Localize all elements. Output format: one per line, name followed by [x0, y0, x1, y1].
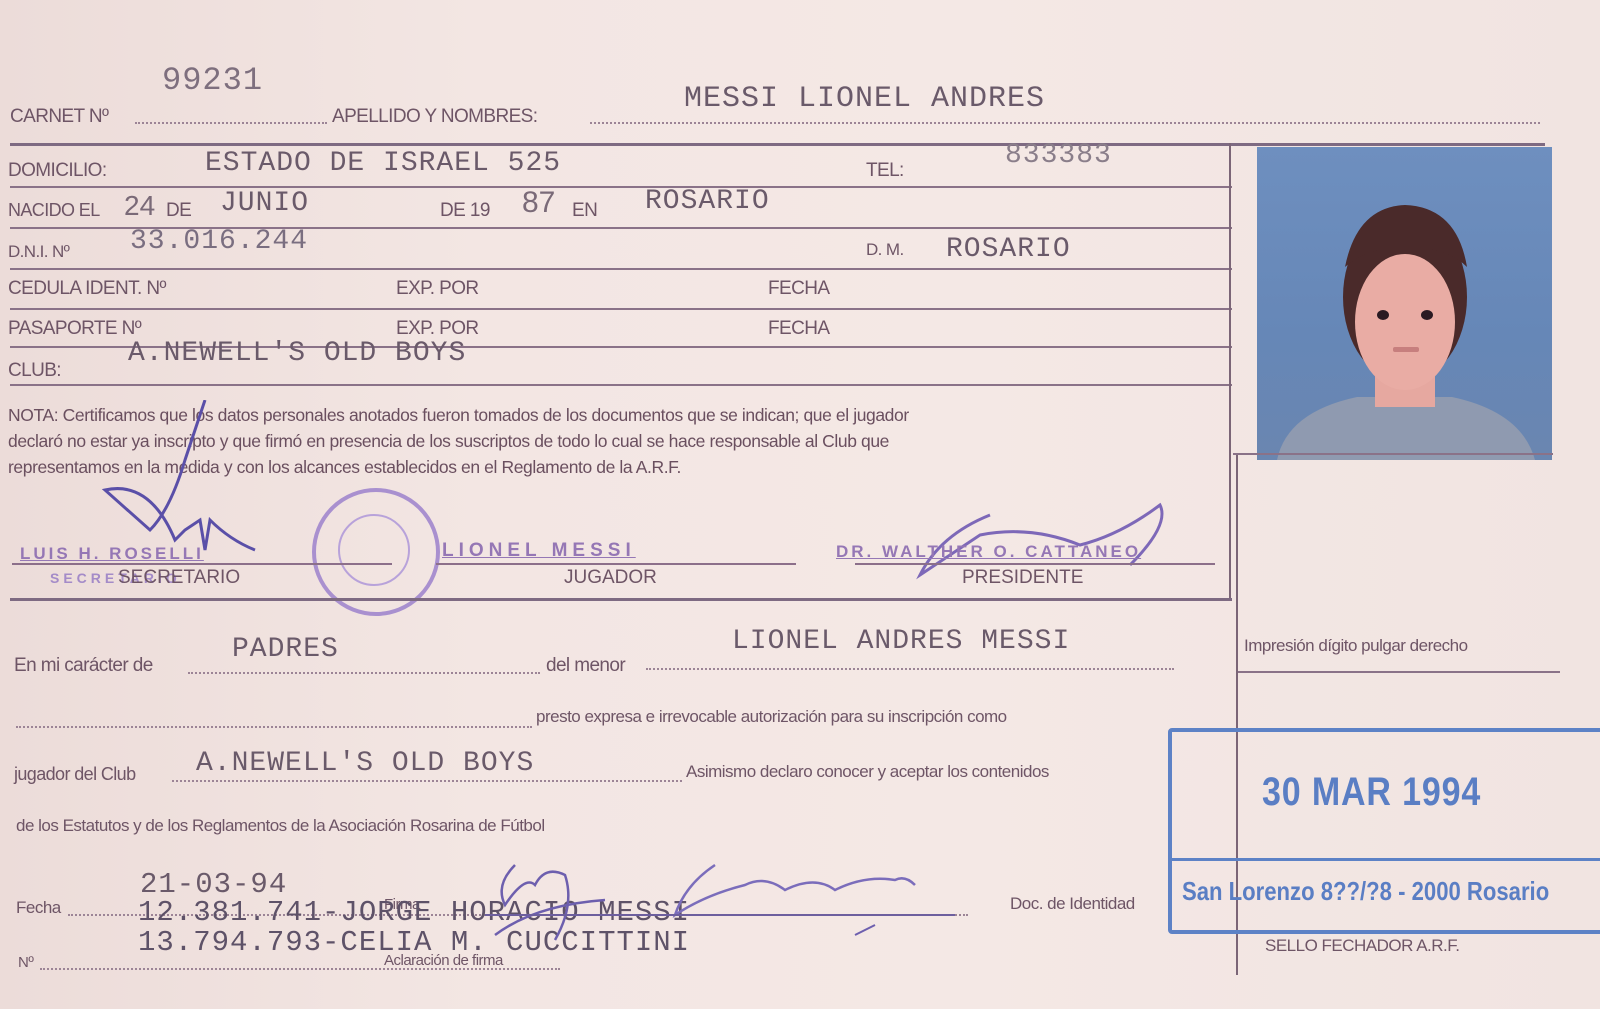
tel-value: 833383: [1005, 140, 1112, 171]
pasaporte-exp-label: EXP. POR: [396, 318, 479, 340]
club-value: A.NEWELL'S OLD BOYS: [128, 338, 466, 369]
birth-month: JUNIO: [220, 188, 309, 219]
stamp-address: San Lorenzo 8??/?8 - 2000 Rosario: [1182, 876, 1549, 907]
caracter-value: PADRES: [232, 634, 339, 665]
signature-line: [436, 563, 796, 565]
birth-place: ROSARIO: [645, 186, 770, 217]
menor-label: del menor: [546, 655, 625, 677]
birth-day: 24: [124, 190, 155, 222]
estatutos-text: de los Estatutos y de los Reglamentos de…: [16, 816, 545, 836]
parents-signature-icon: [455, 845, 955, 955]
rule: [10, 143, 1545, 146]
player-printed-name: LIONEL MESSI: [442, 540, 636, 562]
rule: [10, 384, 1232, 386]
caracter-label: En mi carácter de: [14, 655, 153, 677]
signature-line: [855, 563, 1215, 565]
secretary-printed-name: LUIS H. ROSELLI: [20, 544, 204, 564]
rule: [1238, 671, 1560, 673]
rule: [1233, 453, 1553, 455]
nacido-label: NACIDO EL: [8, 200, 100, 221]
presto-text: presto expresa e irrevocable autorizació…: [536, 707, 1007, 727]
stamp-caption: SELLO FECHADOR A.R.F.: [1265, 936, 1460, 956]
registration-card: 99231 CARNET Nº APELLIDO Y NOMBRES: MESS…: [0, 0, 1600, 1009]
dm-value: ROSARIO: [946, 234, 1071, 265]
dm-label: D. M.: [866, 240, 904, 260]
player-photo: [1257, 147, 1552, 460]
president-printed-name: DR. WALTHER O. CATTANEO: [836, 542, 1141, 562]
child-portrait-icon: [1257, 147, 1552, 460]
stamp-date: 30 MAR 1994: [1262, 770, 1481, 815]
domicilio-label: DOMICILIO:: [8, 160, 107, 182]
menor-dotted-line: [646, 668, 1174, 670]
domicilio-value: ESTADO DE ISRAEL 525: [205, 148, 561, 179]
blank-dotted-line: [16, 726, 532, 728]
cedula-label: CEDULA IDENT. Nº: [8, 278, 166, 300]
club-label: CLUB:: [8, 360, 61, 382]
numero-label: Nº: [18, 954, 33, 971]
stamp-divider: [1170, 858, 1600, 861]
caracter-dotted-line: [188, 672, 540, 674]
apellido-nombres-label: APELLIDO Y NOMBRES:: [332, 106, 537, 128]
rule: [10, 598, 1232, 601]
player-caption: JUGADOR: [564, 567, 657, 589]
en-label: EN: [572, 200, 597, 222]
apellido-nombres-value: MESSI LIONEL ANDRES: [684, 82, 1045, 116]
secretary-caption: SECRETARIO: [118, 567, 240, 589]
dni-value: 33.016.244: [130, 226, 308, 257]
photo-column-divider: [1229, 143, 1231, 601]
cedula-exp-label: EXP. POR: [396, 278, 479, 300]
apellido-dotted-line: [590, 122, 1540, 124]
asimismo-text: Asimismo declaro conocer y aceptar los c…: [686, 762, 1049, 782]
rule: [10, 268, 1232, 270]
menor-value: LIONEL ANDRES MESSI: [732, 626, 1070, 657]
cedula-fecha-label: FECHA: [768, 278, 829, 300]
president-caption: PRESIDENTE: [962, 567, 1083, 589]
club-dotted-line: [172, 780, 682, 782]
club-autorizacion-value: A.NEWELL'S OLD BOYS: [196, 748, 534, 779]
pasaporte-fecha-label: FECHA: [768, 318, 829, 340]
de-label: DE: [166, 200, 191, 222]
doc-identidad-label: Doc. de Identidad: [1010, 894, 1135, 914]
de-19-label: DE 19: [440, 200, 490, 222]
signature-line: [12, 563, 392, 565]
carnet-dotted-line: [135, 122, 327, 124]
birth-year-suffix: 87: [522, 186, 555, 220]
pasaporte-label: PASAPORTE Nº: [8, 318, 141, 340]
carnet-label: CARNET Nº: [10, 106, 108, 128]
fecha-label: Fecha: [16, 898, 61, 918]
rule: [10, 308, 1232, 310]
rule: [10, 186, 1232, 188]
club-autorizacion-label: jugador del Club: [14, 764, 136, 785]
carnet-number: 99231: [162, 62, 263, 99]
dni-label: D.N.I. Nº: [8, 242, 69, 262]
tel-label: TEL:: [866, 160, 904, 182]
thumbprint-label: Impresión dígito pulgar derecho: [1244, 636, 1468, 656]
club-round-stamp: [312, 488, 440, 616]
